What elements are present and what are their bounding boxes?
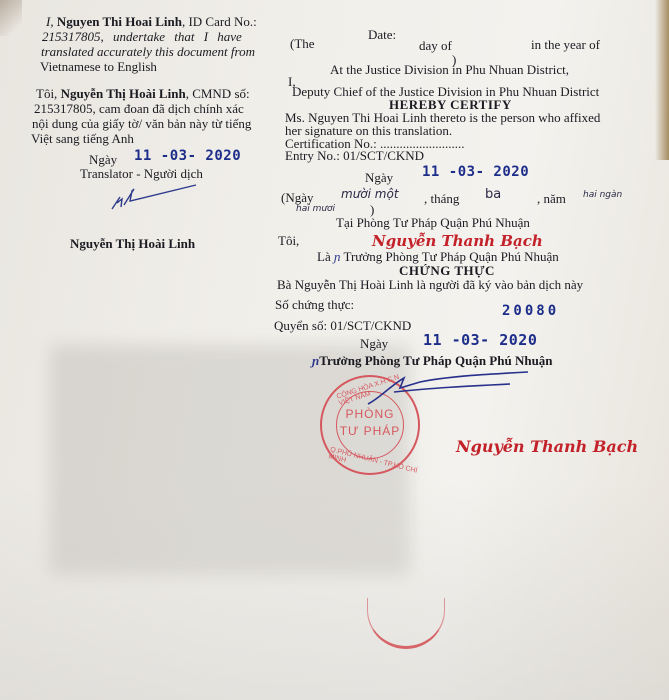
cert-in-year-of: in the year of bbox=[531, 37, 600, 52]
declaration-vn-line4: Việt sang tiếng Anh bbox=[31, 131, 134, 146]
official-name-stamp: Nguyễn Thanh Bạch bbox=[372, 232, 543, 250]
translator-signature-icon bbox=[108, 183, 198, 213]
vn-cert-sign-date-label: Ngày bbox=[360, 336, 388, 351]
page-corner-shadow bbox=[0, 0, 22, 36]
vn-cert-la-label: Là bbox=[317, 249, 331, 264]
cert-location: At the Justice Division in Phu Nhuan Dis… bbox=[330, 62, 569, 77]
signer-name-stamp: Nguyễn Thanh Bạch bbox=[456, 437, 638, 456]
translator-name-vn-inline: Nguyễn Thị Hoài Linh bbox=[61, 86, 186, 101]
translator-label: Translator - Người dịch bbox=[80, 166, 203, 181]
cert-date-label: Date: bbox=[368, 27, 396, 42]
declaration-line3: translated accurately this document from bbox=[41, 44, 255, 59]
declaration-vn-prefix: Tôi, bbox=[36, 86, 57, 101]
vn-cert-date-stamp: 11 -03- 2020 bbox=[422, 164, 529, 180]
pen-mark-icon: ɲ bbox=[334, 249, 341, 264]
vn-cert-toi-label: Tôi, bbox=[278, 233, 299, 248]
declaration-line1-rest: , ID Card No.: bbox=[182, 14, 257, 29]
declaration-line2: 215317805, undertake that I have bbox=[42, 29, 242, 44]
document-page: I, Nguyen Thi Hoai Linh, ID Card No.: 21… bbox=[0, 0, 669, 700]
cert-day-of: day of bbox=[419, 38, 452, 53]
declaration-prefix: I, bbox=[46, 14, 54, 29]
vn-cert-number-value: 20080 bbox=[502, 303, 559, 319]
vn-cert-book-no: Quyển số: 01/SCT/CKND bbox=[274, 318, 411, 333]
declaration-vn-line2: 215317805, cam đoan đã dịch chính xác bbox=[34, 101, 244, 116]
vn-cert-year-handwritten-1: hai ngàn bbox=[583, 190, 622, 200]
vn-cert-sign-date-stamp: 11 -03- 2020 bbox=[423, 331, 537, 349]
seal-line1: PHÒNG bbox=[322, 407, 418, 421]
declaration-line4: Vietnamese to English bbox=[40, 59, 157, 74]
vn-cert-thang-label: , tháng bbox=[424, 191, 459, 206]
translator-date-stamp: 11 -03- 2020 bbox=[134, 148, 241, 164]
cert-entry-no: Entry No.: 01/SCT/CKND bbox=[285, 148, 424, 163]
vn-cert-chung-thuc: CHỨNG THỰC bbox=[399, 263, 495, 278]
vn-cert-ngay-open: (Ngày bbox=[281, 190, 314, 205]
vn-cert-number-label: Số chứng thực: bbox=[275, 297, 354, 312]
cert-the-label: (The bbox=[290, 36, 315, 51]
translator-name-inline: Nguyen Thi Hoai Linh bbox=[57, 14, 182, 29]
page-edge bbox=[655, 0, 669, 160]
vn-cert-location: Tại Phòng Tư Pháp Quận Phú Nhuận bbox=[336, 215, 530, 230]
vn-cert-signer-title: Trưởng Phòng Tư Pháp Quận Phú Nhuận bbox=[319, 353, 552, 368]
vn-cert-statement: Bà Nguyễn Thị Hoài Linh là người đã ký v… bbox=[277, 277, 583, 292]
vn-cert-year-handwritten-2: hai mươi bbox=[296, 204, 335, 214]
declaration-vn-line1-rest: , CMND số: bbox=[186, 86, 250, 101]
bleed-through-lower bbox=[0, 480, 669, 700]
translator-name: Nguyễn Thị Hoài Linh bbox=[70, 236, 195, 251]
vn-cert-month-handwritten: ba bbox=[485, 187, 501, 202]
vn-cert-day-handwritten: mười một bbox=[341, 187, 399, 201]
vn-cert-date-label: Ngày bbox=[365, 170, 393, 185]
declaration-vn-line3: nội dung của giấy tờ/ văn bản này từ tiế… bbox=[32, 116, 251, 131]
vn-cert-official-title: Trưởng Phòng Tư Pháp Quận Phú Nhuận bbox=[343, 249, 558, 264]
vn-cert-nam-label: , năm bbox=[537, 191, 566, 206]
translator-date-label: Ngày bbox=[89, 152, 117, 167]
seal-line2: TƯ PHÁP bbox=[322, 424, 418, 438]
